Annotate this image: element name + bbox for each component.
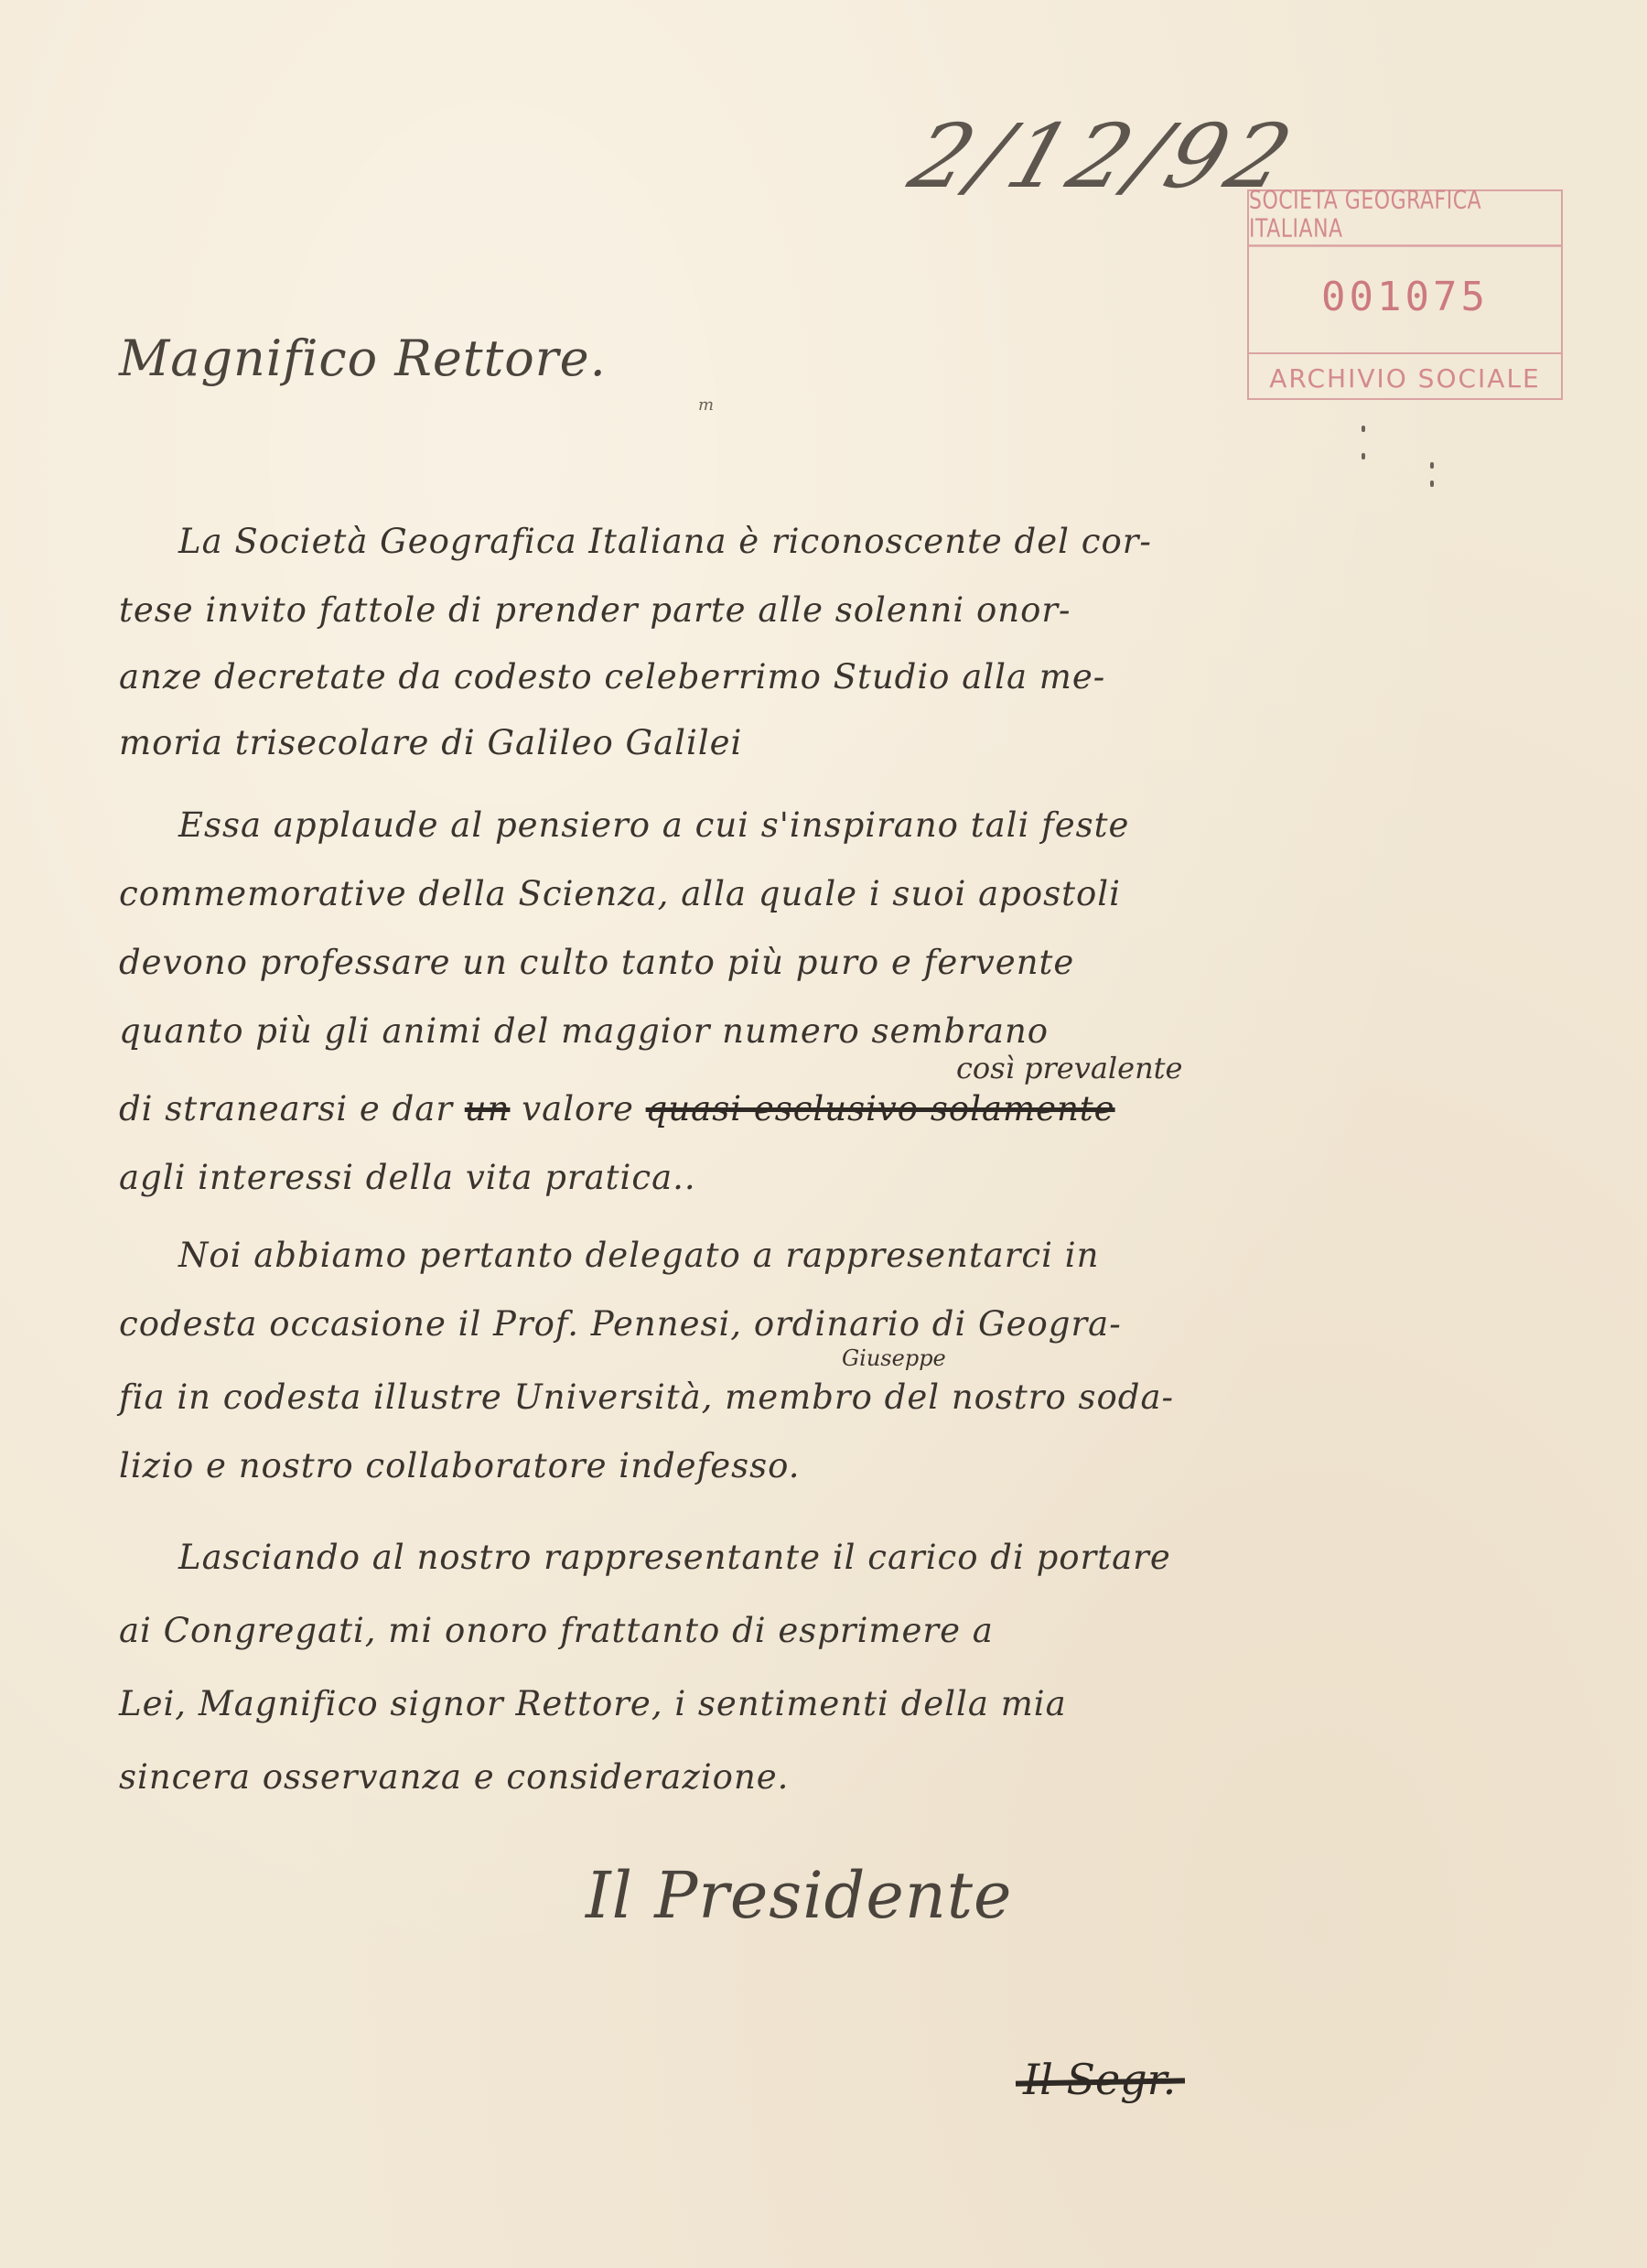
letter-line-9: di stranearsi e dar un valore quasi escl… [119, 1089, 1115, 1129]
struck-word-un: un [465, 1089, 511, 1129]
letter-line-10: agli interessi della vita pratica.. [119, 1158, 696, 1197]
letter-line-17: Lei, Magnifico signor Rettore, i sentime… [119, 1684, 1067, 1723]
closing-signature: Il Presidente [586, 1858, 1012, 1933]
line9-text-before: di stranearsi e dar [119, 1089, 465, 1129]
struck-signature: Il Segr. [1023, 2055, 1176, 2104]
letter-line-5: Essa applaude al pensiero a cui s'inspir… [178, 805, 1129, 845]
salutation: Magnifico Rettore. [119, 329, 607, 387]
letter-line-14: lizio e nostro collaboratore indefesso. [119, 1446, 801, 1485]
stamp-archive-label: ARCHIVIO SOCIALE [1249, 352, 1561, 402]
letter-line-11: Noi abbiamo pertanto delegato a rapprese… [178, 1236, 1099, 1275]
line14-text-before: lizio e nostro collaboratore [119, 1446, 608, 1485]
archive-stamp: SOCIETA GEOGRAFICA ITALIANA 001075 ARCHI… [1247, 189, 1563, 400]
letter-line-6: commemorative della Scienza, alla quale … [119, 874, 1121, 913]
letter-line-8: quanto più gli animi del maggior numero … [119, 1011, 1049, 1051]
insertion-giuseppe: Giuseppe [842, 1345, 946, 1371]
letter-line-18: sincera osservanza e considerazione. [119, 1757, 789, 1797]
pencil-mark: m [698, 395, 714, 415]
stamp-society-name: SOCIETA GEOGRAFICA ITALIANA [1249, 185, 1561, 247]
line14-text-after: indefesso. [608, 1446, 801, 1485]
letter-line-7: devono professare un culto tanto più pur… [119, 943, 1074, 982]
letter-line-2: tese invito fattole di prender parte all… [119, 590, 1071, 630]
line9-text-middle: valore [510, 1089, 645, 1129]
letter-line-1: La Società Geografica Italiana è riconos… [178, 522, 1152, 561]
letter-line-12: codesta occasione il Prof. Pennesi, ordi… [119, 1304, 1122, 1344]
letter-line-4: moria trisecolare di Galileo Galilei [119, 723, 742, 762]
insertion-cosi-prevalente: così prevalente [956, 1051, 1182, 1085]
ink-dots [1362, 426, 1435, 490]
letter-line-15: Lasciando al nostro rappresentante il ca… [178, 1538, 1171, 1577]
stamp-number: 001075 [1249, 241, 1561, 352]
letter-line-3: anze decretate da codesto celeberrimo St… [119, 657, 1105, 697]
struck-phrase: quasi esclusivo solamente [646, 1089, 1115, 1129]
letter-line-13: fia in codesta illustre Università, memb… [119, 1377, 1174, 1417]
letter-line-16: ai Congregati, mi onoro frattanto di esp… [119, 1611, 994, 1650]
